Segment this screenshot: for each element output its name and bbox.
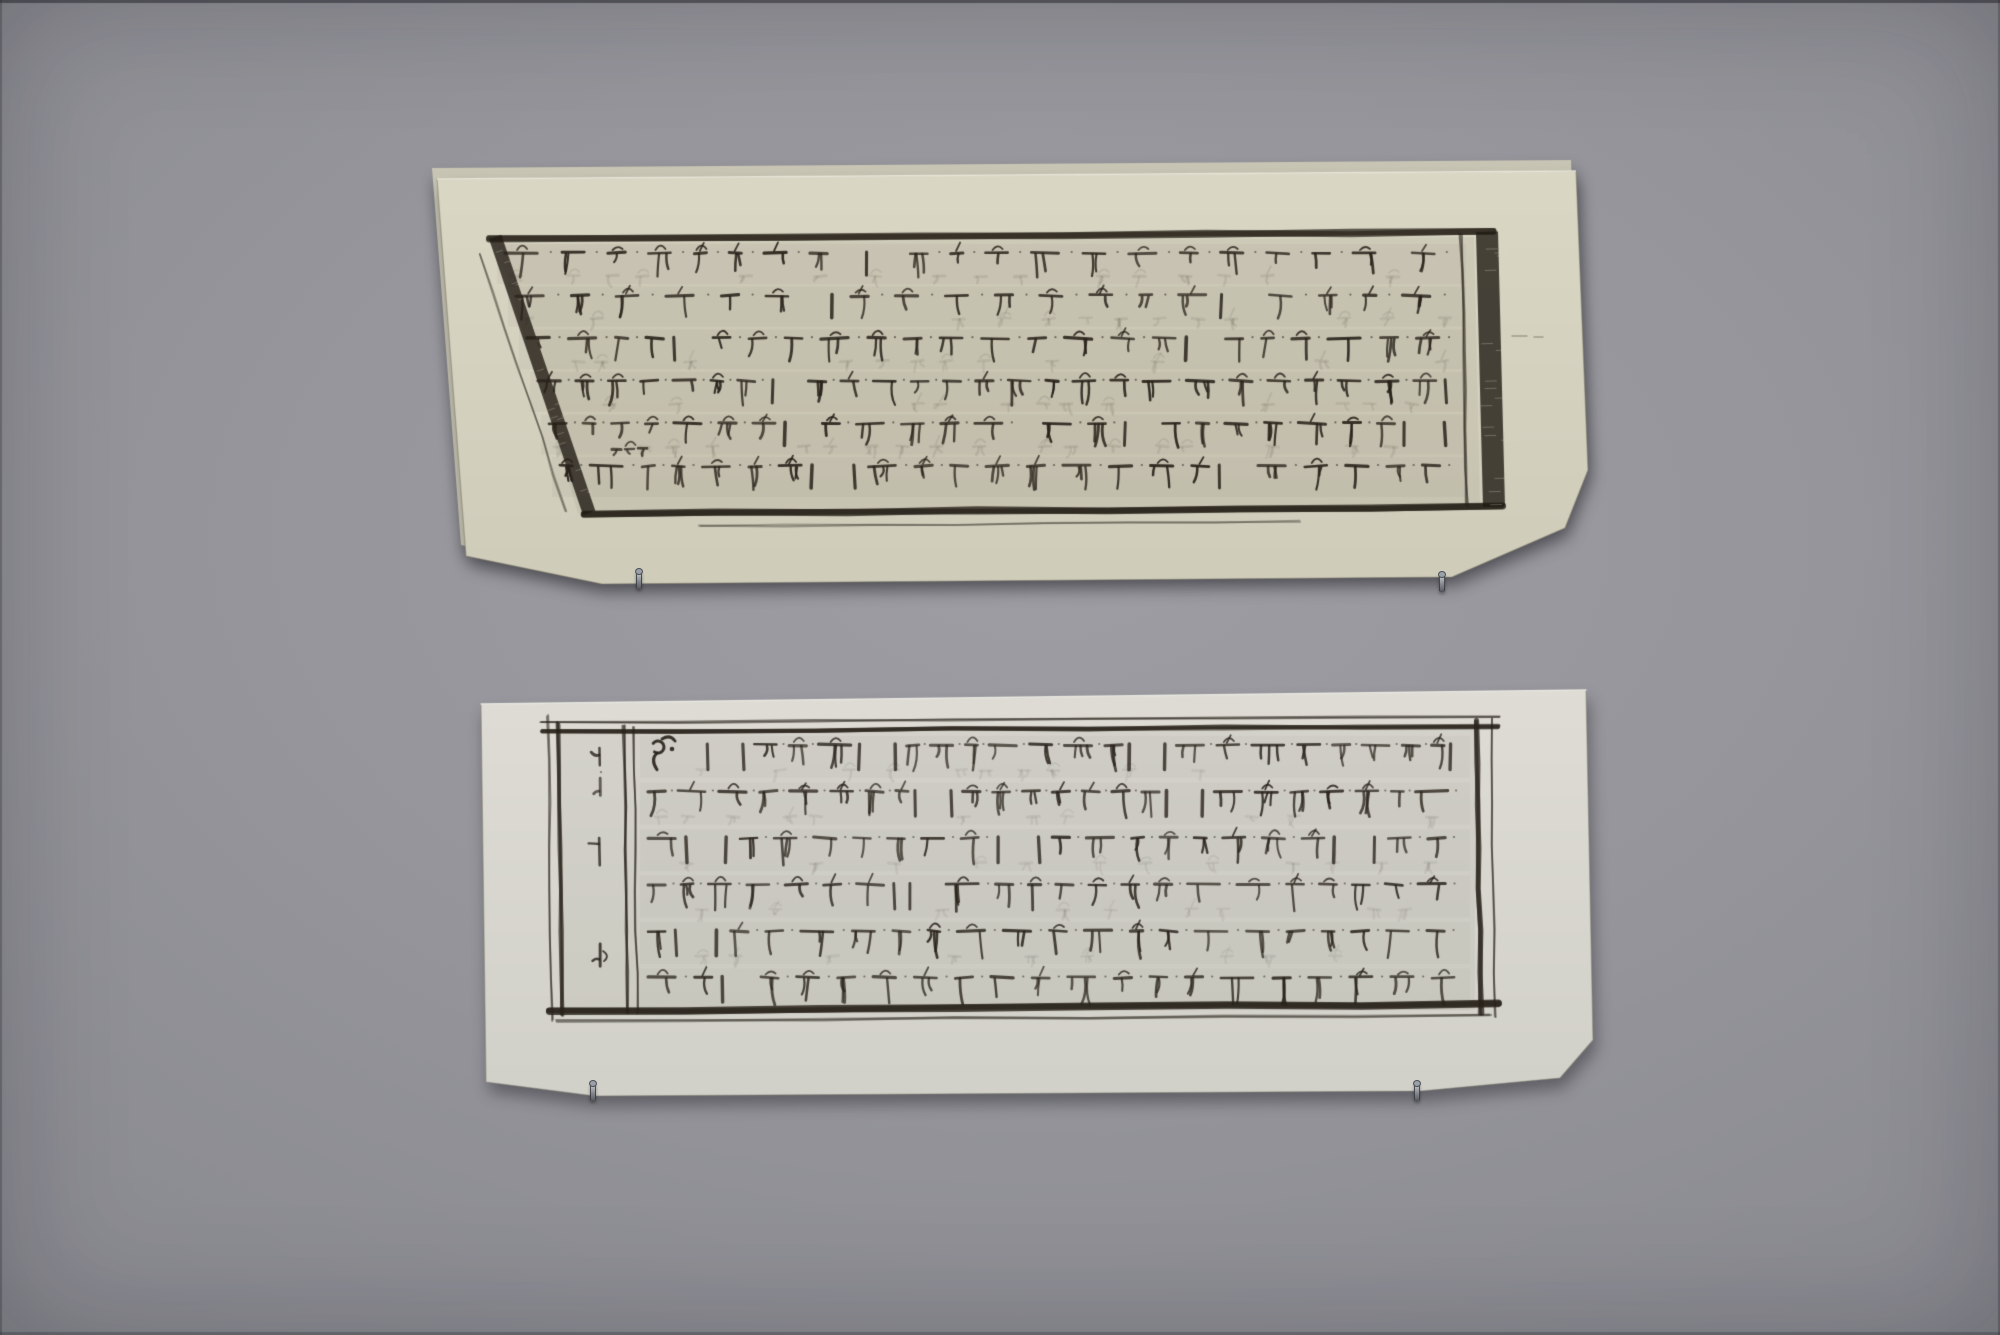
mounting-pin — [1439, 574, 1445, 592]
mounting-pin — [590, 1083, 596, 1101]
mounting-pin — [1414, 1083, 1420, 1101]
scene-canvas — [0, 0, 2000, 1335]
mounting-pin — [636, 571, 642, 589]
mat-board-background: གཟུགས་ཀྱི་ཉི་མའི་ཆ་མ་སོང་བས ། ཟླ་བ་ཞོན་ན… — [0, 0, 2000, 1335]
